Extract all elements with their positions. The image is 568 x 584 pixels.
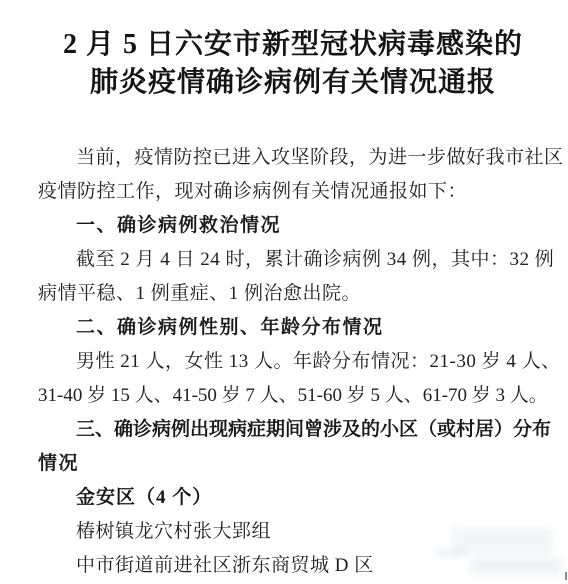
scan-edge-mark xyxy=(565,572,567,580)
document-title: 2 月 5 日六安市新型冠状病毒感染的 肺炎疫情确诊病例有关情况通报 xyxy=(38,26,548,102)
title-line-1: 2 月 5 日六安市新型冠状病毒感染的 xyxy=(38,26,548,64)
location-line-1: 椿树镇龙穴村张大郢组 xyxy=(38,515,548,549)
intro-line-2: 疫情防控工作，现对确诊病例有关情况通报如下： xyxy=(38,175,548,209)
section-3-heading-line-2: 情况 xyxy=(38,447,548,481)
section-2-heading: 二、确诊病例性别、年龄分布情况 xyxy=(38,311,548,345)
section-1-heading: 一、确诊病例救治情况 xyxy=(38,209,548,243)
section-1-line-1: 截至 2 月 4 日 24 时，累计确诊病例 34 例，其中：32 例 xyxy=(38,243,548,277)
document-body: 当前，疫情防控已进入攻坚阶段，为进一步做好我市社区 疫情防控工作，现对确诊病例有… xyxy=(38,141,548,583)
section-1-line-2: 病情平稳、1 例重症、1 例治愈出院。 xyxy=(38,277,548,311)
section-3-heading-line-1: 三、确诊病例出现病症期间曾涉及的小区（或村居）分布 xyxy=(38,413,548,447)
location-line-2: 中市街道前进社区浙东商贸城 D 区 xyxy=(38,549,548,583)
district-name: 金安区（4 个） xyxy=(38,481,548,515)
intro-line-1: 当前，疫情防控已进入攻坚阶段，为进一步做好我市社区 xyxy=(38,141,548,175)
document-page: 2 月 5 日六安市新型冠状病毒感染的 肺炎疫情确诊病例有关情况通报 当前，疫情… xyxy=(0,0,568,584)
section-2-line-1: 男性 21 人，女性 13 人。年龄分布情况：21-30 岁 4 人、 xyxy=(38,345,548,379)
title-line-2: 肺炎疫情确诊病例有关情况通报 xyxy=(38,64,548,102)
section-2-line-2: 31-40 岁 15 人、41-50 岁 7 人、51-60 岁 5 人、61-… xyxy=(38,379,548,413)
